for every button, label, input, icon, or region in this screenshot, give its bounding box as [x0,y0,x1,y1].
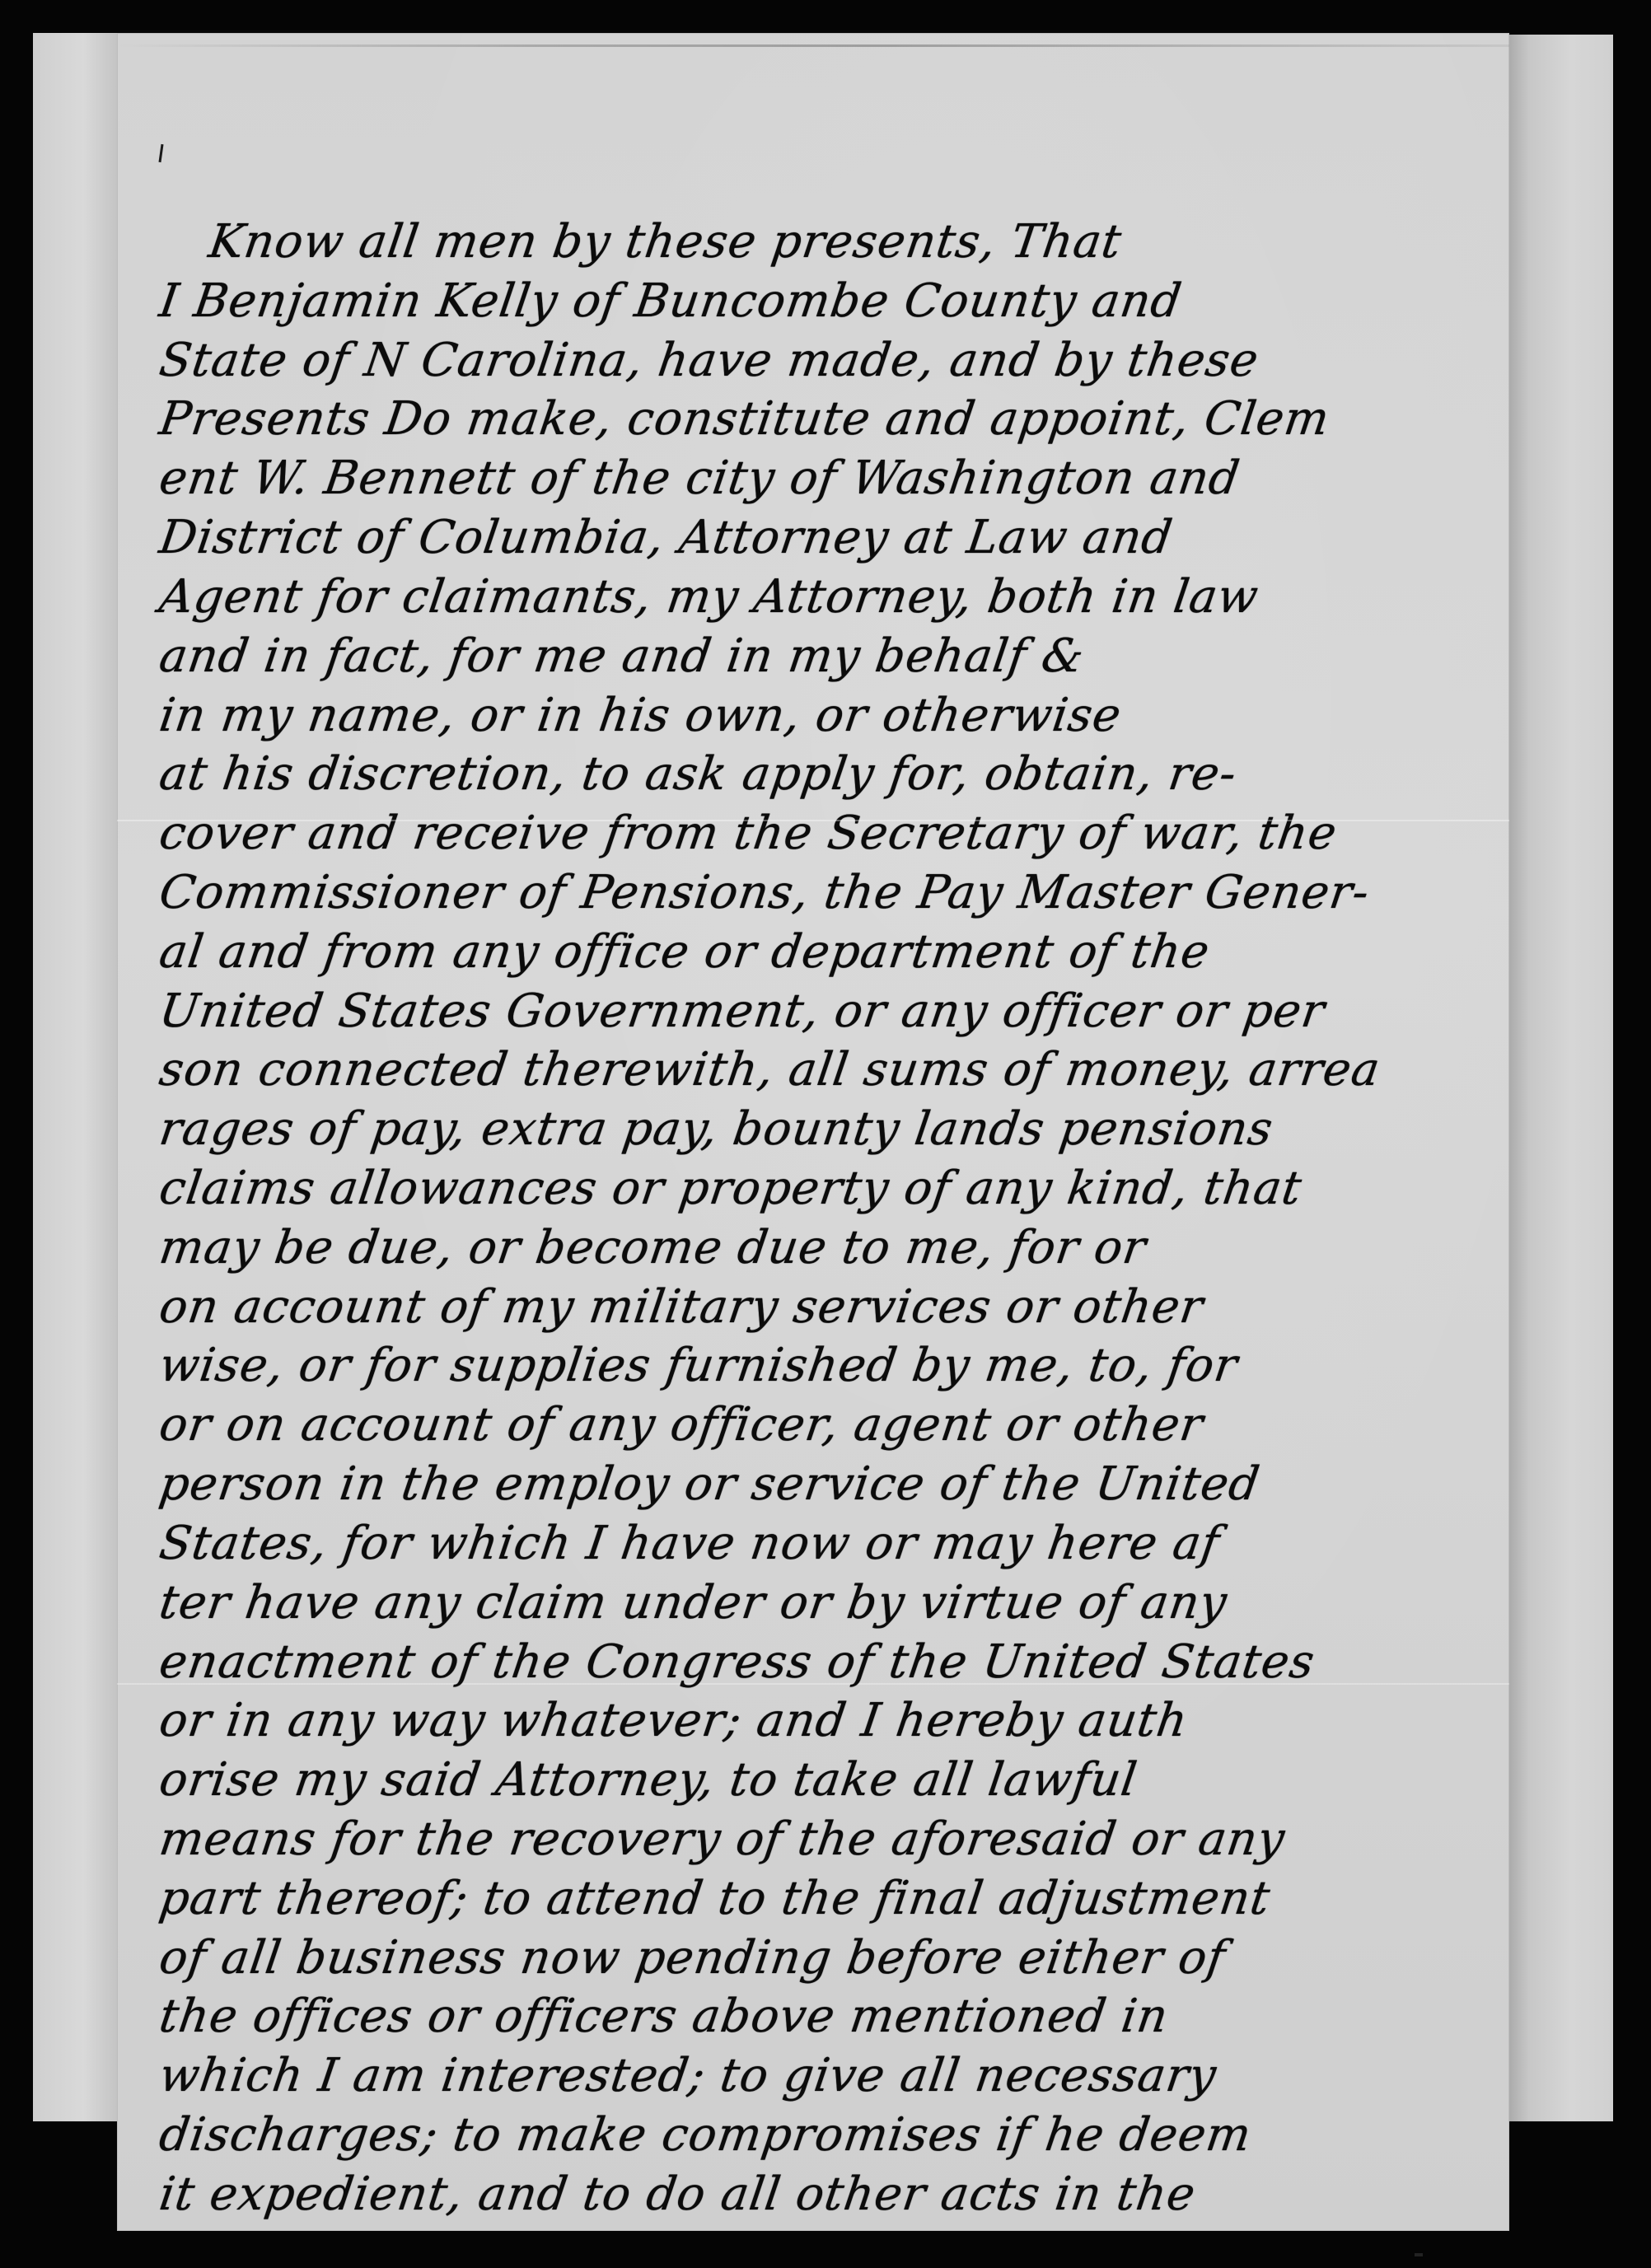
handwritten-text-block: Know all men by these presents, That I B… [160,213,1503,2224]
text-line: Know all men by these presents, That [156,213,1507,272]
text-line: discharges; to make compromises if he de… [156,2106,1507,2165]
text-line: or in any way whatever; and I hereby aut… [156,1691,1507,1751]
text-line: Presents Do make, constitute and appoint… [156,390,1507,449]
text-line: the offices or officers above mentioned … [156,1987,1507,2046]
text-line: I Benjamin Kelly of Buncombe County and [156,272,1507,331]
text-line: cover and receive from the Secretary of … [156,804,1507,863]
bottom-ink-mark [1415,2253,1423,2256]
text-line: part thereof; to attend to the final adj… [156,1869,1507,1929]
underlying-sheet-right-strip [1508,35,1613,2121]
text-line: it expedient, and to do all other acts i… [156,2165,1507,2224]
text-line: District of Columbia, Attorney at Law an… [156,508,1507,568]
text-line: State of N Carolina, have made, and by t… [156,331,1507,390]
text-line: enactment of the Congress of the United … [156,1633,1507,1692]
text-line: United States Government, or any officer… [156,982,1507,1041]
text-line: ent W. Bennett of the city of Washington… [156,449,1507,508]
text-line: in my name, or in his own, or otherwise [156,686,1507,746]
text-line: means for the recovery of the aforesaid … [156,1810,1507,1869]
text-line: States, for which I have now or may here… [156,1514,1507,1574]
text-line: may be due, or become due to me, for or [156,1218,1507,1278]
folded-sheet-left-strip [33,33,119,2121]
text-line: on account of my military services or ot… [156,1278,1507,1337]
text-line: rages of pay, extra pay, bounty lands pe… [156,1100,1507,1159]
text-line: Commissioner of Pensions, the Pay Master… [156,863,1507,923]
text-line: of all business now pending before eithe… [156,1929,1507,1988]
margin-ink-mark [158,144,163,162]
text-line: and in fact, for me and in my behalf & [156,627,1507,686]
text-line: orise my said Attorney, to take all lawf… [156,1751,1507,1810]
text-line: claims allowances or property of any kin… [156,1159,1507,1218]
text-line: at his discretion, to ask apply for, obt… [156,745,1507,804]
text-line: or on account of any officer, agent or o… [156,1396,1507,1455]
text-line: son connected therewith, all sums of mon… [156,1040,1507,1100]
text-line: al and from any office or department of … [156,923,1507,982]
text-line: person in the employ or service of the U… [156,1455,1507,1514]
text-line: Agent for claimants, my Attorney, both i… [156,568,1507,627]
text-line: wise, or for supplies furnished by me, t… [156,1336,1507,1396]
text-line: which I am interested; to give all neces… [156,2046,1507,2106]
text-line: ter have any claim under or by virtue of… [156,1574,1507,1633]
manuscript-page: Know all men by these presents, That I B… [117,33,1509,2231]
